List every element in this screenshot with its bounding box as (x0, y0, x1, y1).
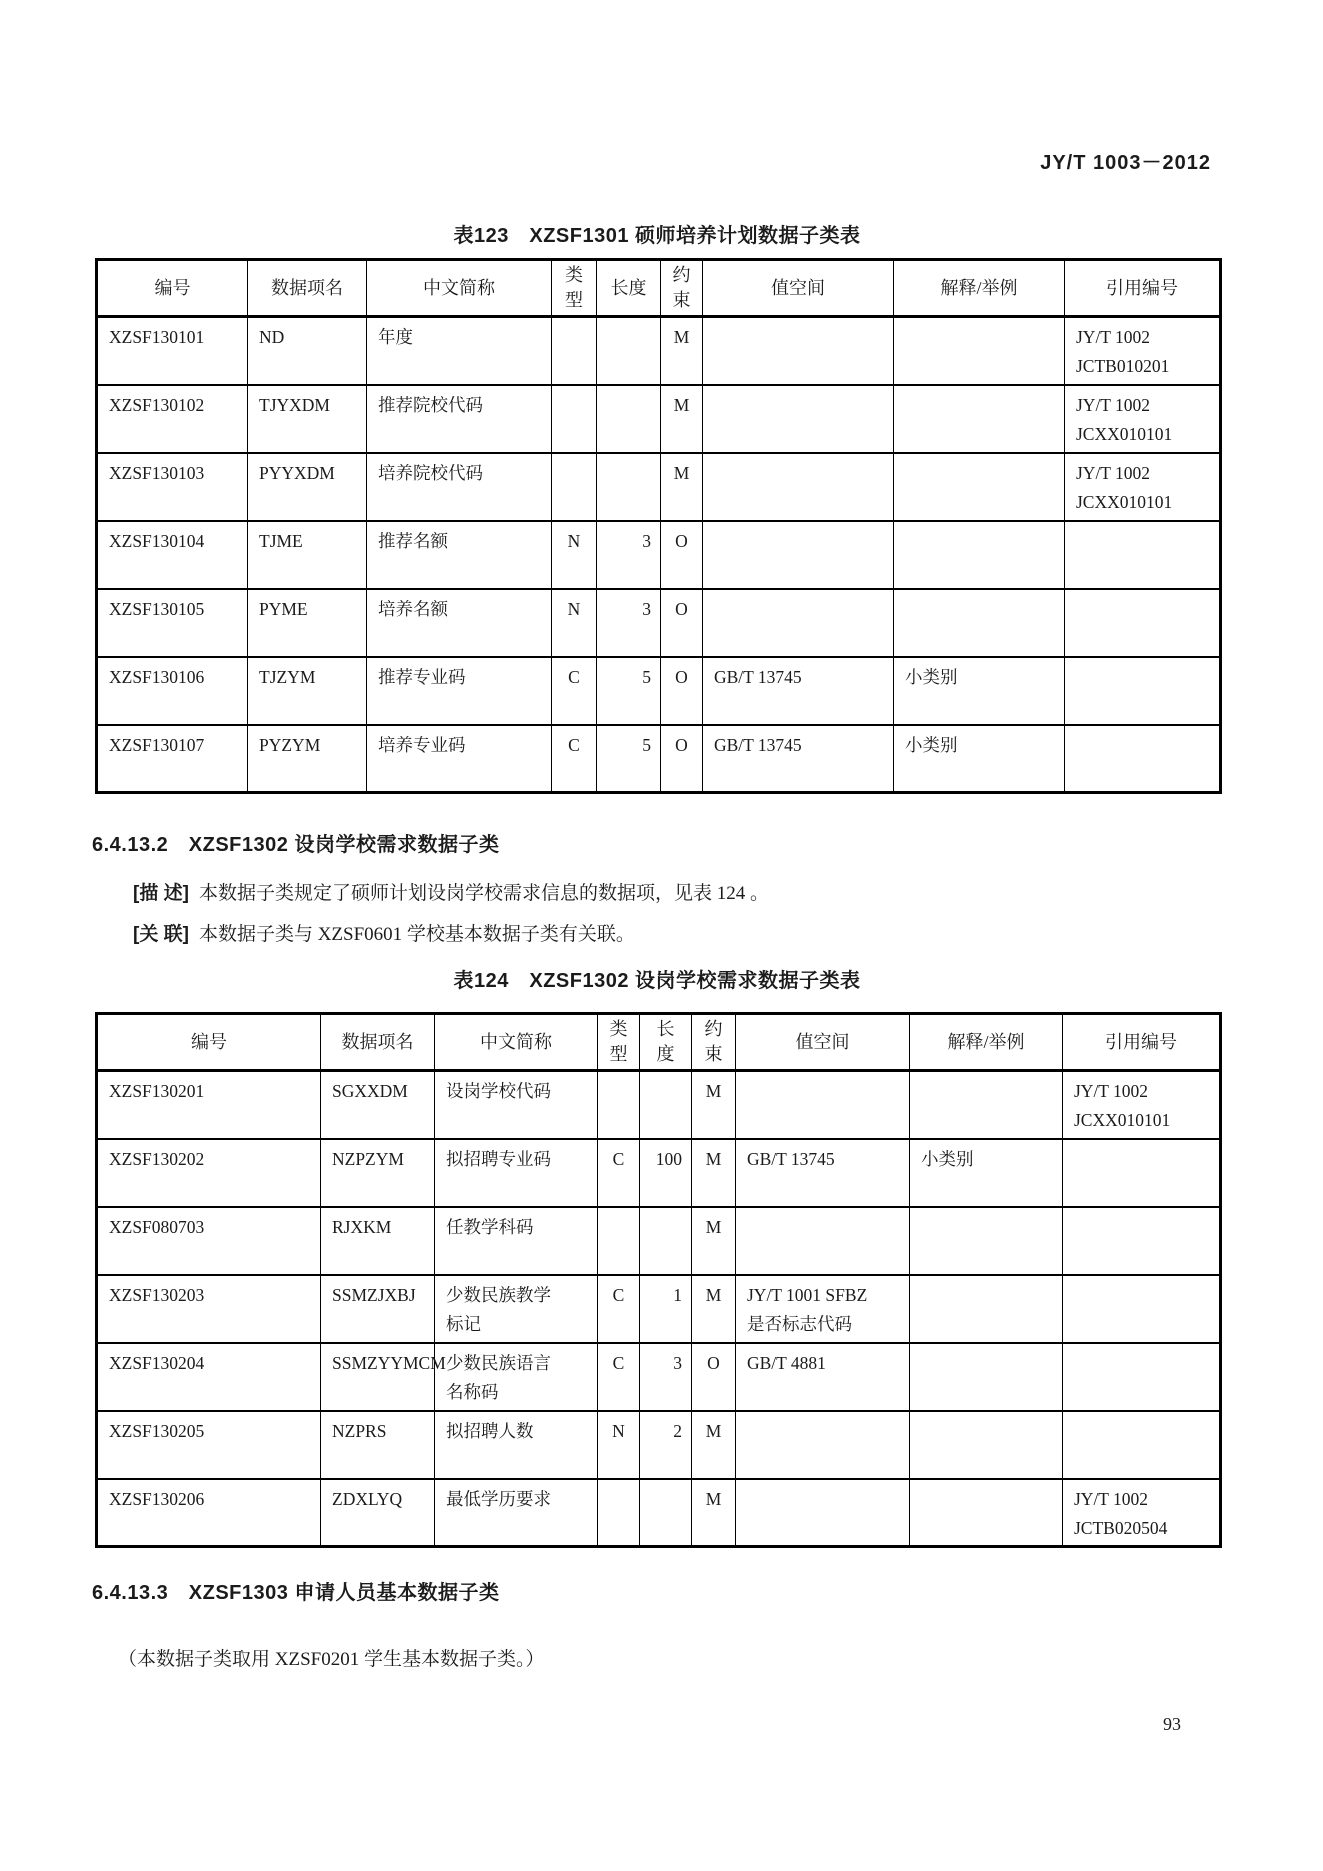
cell-cn-name: 培养专业码 (367, 725, 552, 793)
cell-constraint: M (692, 1207, 736, 1275)
cell-length: 3 (597, 589, 661, 657)
cell-item-name: ND (248, 317, 367, 385)
cell-constraint: O (661, 725, 703, 793)
cell-type: C (552, 657, 597, 725)
column-header-number: 编号 (97, 1014, 321, 1071)
cell-value-space (736, 1071, 910, 1139)
table123-header-row: 编号 数据项名 中文简称 类型 长度 约束 值空间 解释/举例 引用编号 (97, 260, 1221, 317)
table123: 编号 数据项名 中文简称 类型 长度 约束 值空间 解释/举例 引用编号 XZS… (95, 258, 1222, 794)
cell-explanation: 小类别 (894, 725, 1065, 793)
cell-item-name: TJZYM (248, 657, 367, 725)
cell-constraint: M (692, 1411, 736, 1479)
cell-number: XZSF130201 (97, 1071, 321, 1139)
cell-value-space: GB/T 13745 (736, 1139, 910, 1207)
cell-type (598, 1479, 640, 1547)
cell-reference: JY/T 1002JCTB020504 (1063, 1479, 1221, 1547)
cell-item-name: TJME (248, 521, 367, 589)
table123-title: 表123 XZSF1301 硕师培养计划数据子类表 (95, 219, 1219, 248)
table-row: XZSF130104 TJME 推荐名额 N 3 O (97, 521, 1221, 589)
cell-cn-name: 拟招聘专业码 (435, 1139, 598, 1207)
cell-item-name: PYYXDM (248, 453, 367, 521)
relation-label: [关 联] (133, 924, 189, 945)
cell-reference (1063, 1139, 1221, 1207)
page-number: 93 (1163, 1714, 1181, 1735)
cell-value-space: GB/T 4881 (736, 1343, 910, 1411)
table-row: XZSF130205 NZPRS 拟招聘人数 N 2 M (97, 1411, 1221, 1479)
cell-value-space (703, 453, 894, 521)
cell-number: XZSF130105 (97, 589, 248, 657)
column-header-type: 类型 (598, 1014, 640, 1071)
cell-explanation: 小类别 (910, 1139, 1063, 1207)
description-text: 本数据子类规定了硕师计划设岗学校需求信息的数据项，见表 124 。 (199, 883, 769, 904)
cell-item-name: SSMZJXBJ (321, 1275, 435, 1343)
cell-value-space: GB/T 13745 (703, 725, 894, 793)
cell-length: 2 (640, 1411, 692, 1479)
cell-reference (1063, 1275, 1221, 1343)
cell-type: C (552, 725, 597, 793)
cell-type (598, 1207, 640, 1275)
cell-reference (1065, 589, 1221, 657)
cell-number: XZSF130104 (97, 521, 248, 589)
table-row: XZSF130206 ZDXLYQ 最低学历要求 M JY/T 1002JCTB… (97, 1479, 1221, 1547)
column-header-constraint: 约束 (661, 260, 703, 317)
table-row: XZSF130107 PYZYM 培养专业码 C 5 O GB/T 13745 … (97, 725, 1221, 793)
note-paragraph: （本数据子类取用 XZSF0201 学生基本数据子类。） (118, 1646, 544, 1674)
cell-constraint: O (661, 657, 703, 725)
cell-item-name: NZPRS (321, 1411, 435, 1479)
table-row: XZSF130203 SSMZJXBJ 少数民族教学标记 C 1 M JY/T … (97, 1275, 1221, 1343)
cell-explanation (910, 1275, 1063, 1343)
cell-item-name: PYZYM (248, 725, 367, 793)
column-header-length: 长度 (597, 260, 661, 317)
cell-cn-name: 年度 (367, 317, 552, 385)
cell-explanation (910, 1411, 1063, 1479)
cell-item-name: NZPZYM (321, 1139, 435, 1207)
column-header-item-name: 数据项名 (321, 1014, 435, 1071)
column-header-type: 类型 (552, 260, 597, 317)
cell-length: 1 (640, 1275, 692, 1343)
column-header-reference: 引用编号 (1065, 260, 1221, 317)
cell-number: XZSF130106 (97, 657, 248, 725)
cell-number: XZSF130202 (97, 1139, 321, 1207)
cell-length: 5 (597, 725, 661, 793)
cell-constraint: M (661, 453, 703, 521)
cell-reference: JY/T 1002JCTB010201 (1065, 317, 1221, 385)
cell-reference (1063, 1343, 1221, 1411)
cell-constraint: O (661, 521, 703, 589)
cell-cn-name: 培养院校代码 (367, 453, 552, 521)
table-row: XZSF130202 NZPZYM 拟招聘专业码 C 100 M GB/T 13… (97, 1139, 1221, 1207)
cell-constraint: M (692, 1479, 736, 1547)
column-header-explanation: 解释/举例 (910, 1014, 1063, 1071)
cell-value-space: JY/T 1001 SFBZ是否标志代码 (736, 1275, 910, 1343)
column-header-cn-name: 中文简称 (367, 260, 552, 317)
description-paragraph: [描 述]本数据子类规定了硕师计划设岗学校需求信息的数据项，见表 124 。 (133, 880, 769, 908)
cell-explanation (894, 317, 1065, 385)
section-heading-6-4-13-3: 6.4.13.3 XZSF1303 申请人员基本数据子类 (92, 1576, 499, 1605)
column-header-explanation: 解释/举例 (894, 260, 1065, 317)
cell-cn-name: 少数民族教学标记 (435, 1275, 598, 1343)
cell-type: C (598, 1139, 640, 1207)
cell-cn-name: 少数民族语言名称码 (435, 1343, 598, 1411)
cell-type (552, 385, 597, 453)
cell-length: 3 (597, 521, 661, 589)
description-label: [描 述] (133, 883, 189, 904)
cell-number: XZSF130205 (97, 1411, 321, 1479)
cell-item-name: RJXKM (321, 1207, 435, 1275)
cell-explanation (910, 1071, 1063, 1139)
cell-reference (1065, 657, 1221, 725)
cell-type: C (598, 1343, 640, 1411)
table-row: XZSF130105 PYME 培养名额 N 3 O (97, 589, 1221, 657)
column-header-constraint: 约束 (692, 1014, 736, 1071)
cell-constraint: M (692, 1071, 736, 1139)
cell-type (552, 317, 597, 385)
cell-reference (1063, 1207, 1221, 1275)
cell-explanation (910, 1207, 1063, 1275)
column-header-reference: 引用编号 (1063, 1014, 1221, 1071)
table-row: XZSF130101 ND 年度 M JY/T 1002JCTB010201 (97, 317, 1221, 385)
cell-reference: JY/T 1002JCXX010101 (1065, 453, 1221, 521)
cell-value-space (703, 385, 894, 453)
cell-number: XZSF130101 (97, 317, 248, 385)
cell-value-space (736, 1411, 910, 1479)
cell-value-space (736, 1479, 910, 1547)
cell-number: XZSF080703 (97, 1207, 321, 1275)
column-header-number: 编号 (97, 260, 248, 317)
table-row: XZSF130106 TJZYM 推荐专业码 C 5 O GB/T 13745 … (97, 657, 1221, 725)
cell-cn-name: 设岗学校代码 (435, 1071, 598, 1139)
cell-value-space (703, 589, 894, 657)
table124-title: 表124 XZSF1302 设岗学校需求数据子类表 (95, 964, 1219, 993)
cell-constraint: O (661, 589, 703, 657)
cell-type: N (552, 521, 597, 589)
cell-number: XZSF130203 (97, 1275, 321, 1343)
column-header-item-name: 数据项名 (248, 260, 367, 317)
cell-cn-name: 推荐名额 (367, 521, 552, 589)
table124: 编号 数据项名 中文简称 类型 长度 约束 值空间 解释/举例 引用编号 XZS… (95, 1012, 1222, 1548)
cell-cn-name: 最低学历要求 (435, 1479, 598, 1547)
cell-number: XZSF130103 (97, 453, 248, 521)
cell-number: XZSF130204 (97, 1343, 321, 1411)
cell-value-space (703, 317, 894, 385)
cell-value-space (736, 1207, 910, 1275)
cell-length (640, 1071, 692, 1139)
cell-constraint: M (661, 317, 703, 385)
cell-explanation (894, 589, 1065, 657)
cell-length (640, 1479, 692, 1547)
cell-reference (1065, 521, 1221, 589)
cell-length (597, 317, 661, 385)
table-row: XZSF130103 PYYXDM 培养院校代码 M JY/T 1002JCXX… (97, 453, 1221, 521)
cell-type: C (598, 1275, 640, 1343)
table-row: XZSF130102 TJYXDM 推荐院校代码 M JY/T 1002JCXX… (97, 385, 1221, 453)
cell-cn-name: 推荐院校代码 (367, 385, 552, 453)
cell-cn-name: 培养名额 (367, 589, 552, 657)
cell-length: 100 (640, 1139, 692, 1207)
cell-explanation (910, 1479, 1063, 1547)
cell-item-name: PYME (248, 589, 367, 657)
column-header-value-space: 值空间 (703, 260, 894, 317)
cell-reference (1063, 1411, 1221, 1479)
cell-item-name: SSMZYYMCM (321, 1343, 435, 1411)
cell-length (597, 453, 661, 521)
relation-text: 本数据子类与 XZSF0601 学校基本数据子类有关联。 (199, 924, 635, 945)
cell-number: XZSF130206 (97, 1479, 321, 1547)
cell-constraint: M (661, 385, 703, 453)
cell-type: N (598, 1411, 640, 1479)
cell-length (597, 385, 661, 453)
cell-constraint: M (692, 1139, 736, 1207)
cell-item-name: SGXXDM (321, 1071, 435, 1139)
table-row: XZSF130204 SSMZYYMCM 少数民族语言名称码 C 3 O GB/… (97, 1343, 1221, 1411)
table124-header-row: 编号 数据项名 中文简称 类型 长度 约束 值空间 解释/举例 引用编号 (97, 1014, 1221, 1071)
cell-constraint: O (692, 1343, 736, 1411)
doc-number-header: JY/T 1003－2012 (1040, 146, 1211, 175)
cell-length: 3 (640, 1343, 692, 1411)
cell-reference: JY/T 1002JCXX010101 (1063, 1071, 1221, 1139)
cell-constraint: M (692, 1275, 736, 1343)
table-row: XZSF080703 RJXKM 任教学科码 M (97, 1207, 1221, 1275)
table-row: XZSF130201 SGXXDM 设岗学校代码 M JY/T 1002JCXX… (97, 1071, 1221, 1139)
cell-explanation (894, 453, 1065, 521)
cell-cn-name: 拟招聘人数 (435, 1411, 598, 1479)
cell-explanation: 小类别 (894, 657, 1065, 725)
cell-reference: JY/T 1002JCXX010101 (1065, 385, 1221, 453)
document-page: JY/T 1003－2012 表123 XZSF1301 硕师培养计划数据子类表… (0, 0, 1323, 1871)
cell-number: XZSF130102 (97, 385, 248, 453)
cell-length (640, 1207, 692, 1275)
cell-number: XZSF130107 (97, 725, 248, 793)
cell-type (598, 1071, 640, 1139)
cell-value-space (703, 521, 894, 589)
relation-paragraph: [关 联]本数据子类与 XZSF0601 学校基本数据子类有关联。 (133, 921, 635, 949)
cell-value-space: GB/T 13745 (703, 657, 894, 725)
cell-cn-name: 任教学科码 (435, 1207, 598, 1275)
cell-explanation (894, 521, 1065, 589)
cell-explanation (910, 1343, 1063, 1411)
cell-item-name: TJYXDM (248, 385, 367, 453)
cell-type (552, 453, 597, 521)
cell-explanation (894, 385, 1065, 453)
section-heading-6-4-13-2: 6.4.13.2 XZSF1302 设岗学校需求数据子类 (92, 828, 499, 857)
cell-cn-name: 推荐专业码 (367, 657, 552, 725)
column-header-cn-name: 中文简称 (435, 1014, 598, 1071)
column-header-value-space: 值空间 (736, 1014, 910, 1071)
cell-length: 5 (597, 657, 661, 725)
cell-item-name: ZDXLYQ (321, 1479, 435, 1547)
cell-type: N (552, 589, 597, 657)
column-header-length: 长度 (640, 1014, 692, 1071)
cell-reference (1065, 725, 1221, 793)
